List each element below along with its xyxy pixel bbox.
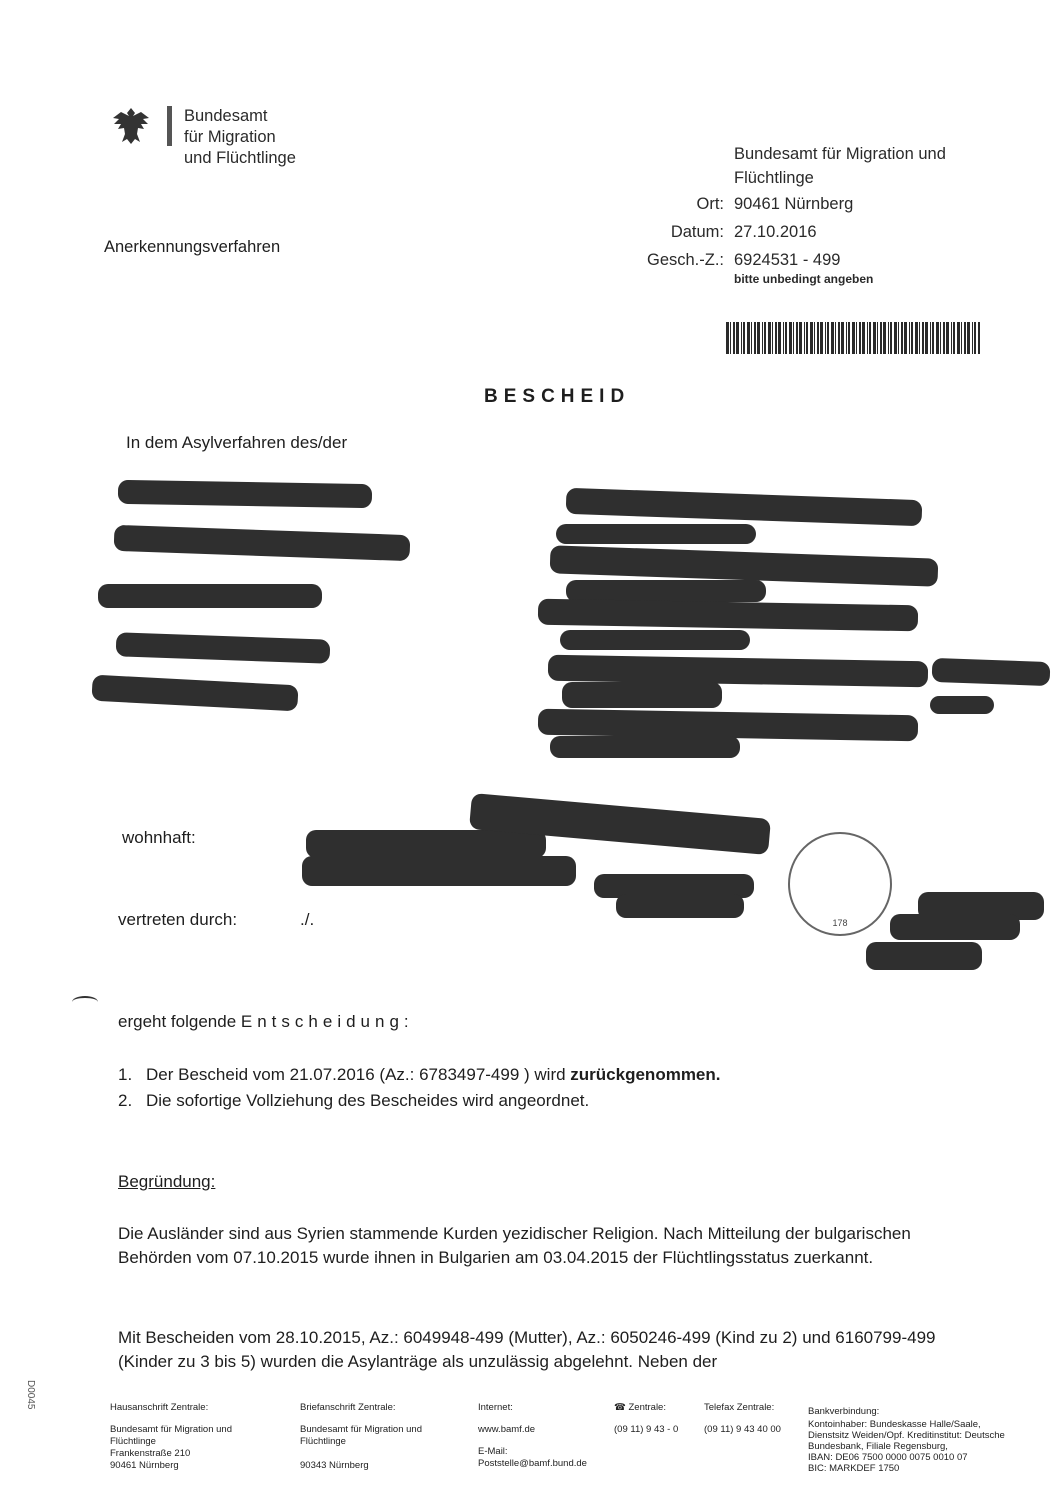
barcode [726, 322, 980, 354]
redaction [560, 630, 750, 650]
pen-mark [72, 996, 98, 1008]
intro-text: In dem Asylverfahren des/der [126, 433, 347, 453]
reasoning-paragraph: Mit Bescheiden vom 28.10.2015, Az.: 6049… [118, 1326, 948, 1374]
redaction [566, 488, 923, 526]
footer-bank: Bankverbindung: Kontoinhaber: Bundeskass… [808, 1406, 1008, 1474]
side-page-code: D0045 [25, 1380, 36, 1409]
reference-hint: bitte unbedingt angeben [734, 272, 984, 286]
decision-item: 1.Der Bescheid vom 21.07.2016 (Az.: 6783… [118, 1062, 721, 1088]
redaction [98, 584, 322, 608]
letterhead-divider [167, 106, 172, 146]
procedure-type: Anerkennungsverfahren [104, 238, 280, 257]
redaction [306, 830, 546, 858]
federal-eagle-icon [108, 104, 154, 150]
redaction [866, 942, 982, 970]
footer-letter-address: Briefanschrift Zentrale: Bundesamt für M… [300, 1402, 460, 1472]
redaction [538, 599, 918, 632]
letterhead-agency-name: Bundesamt für Migration und Flüchtlinge [184, 106, 296, 169]
reasoning-heading: Begründung: [118, 1172, 215, 1192]
footer-house-address: Hausanschrift Zentrale: Bundesamt für Mi… [110, 1402, 270, 1472]
footer-phone: ☎ Zentrale: (09 11) 9 43 - 0 [614, 1402, 704, 1436]
sender-name: Bundesamt für Migration und Flüchtlinge [734, 142, 984, 190]
representative-value: ./. [300, 910, 314, 930]
redaction [91, 675, 298, 712]
reasoning-paragraph: Die Ausländer sind aus Syrien stammende … [118, 1222, 948, 1270]
sender-row-place: Ort: 90461 Nürnberg [620, 190, 984, 218]
redaction [932, 658, 1051, 686]
sender-block: Bundesamt für Migration und Flüchtlinge … [620, 142, 984, 286]
website-link[interactable]: www.bamf.de [478, 1424, 598, 1436]
redaction [550, 736, 740, 758]
decision-items: 1.Der Bescheid vom 21.07.2016 (Az.: 6783… [118, 1062, 721, 1114]
email-link[interactable]: Poststelle@bamf.bund.de [478, 1458, 598, 1470]
footer-fax: Telefax Zentrale: (09 11) 9 43 40 00 [704, 1402, 804, 1436]
redaction [616, 894, 744, 918]
footer-internet: Internet: www.bamf.de E-Mail: Poststelle… [478, 1402, 598, 1470]
redaction [118, 480, 372, 508]
residence-label: wohnhaft: [122, 828, 196, 848]
official-seal: 178 [788, 832, 892, 936]
redaction [930, 696, 994, 714]
sender-row-date: Datum: 27.10.2016 [620, 218, 984, 246]
decision-intro: ergeht folgende Entscheidung: [118, 1012, 414, 1032]
redaction [562, 682, 722, 708]
decision-item: 2.Die sofortige Vollziehung des Bescheid… [118, 1088, 721, 1114]
document-title: BESCHEID [484, 386, 630, 408]
decision-heading: Entscheidung: [241, 1012, 414, 1031]
phone-icon: ☎ [614, 1402, 626, 1413]
redaction [114, 525, 411, 561]
redaction [116, 632, 331, 663]
redaction [566, 580, 766, 602]
representative-label: vertreten durch: [118, 910, 237, 930]
redaction [302, 856, 576, 886]
sender-row-reference: Gesch.-Z.: 6924531 - 499 [620, 246, 984, 274]
redaction [556, 524, 756, 544]
redaction [890, 914, 1020, 940]
